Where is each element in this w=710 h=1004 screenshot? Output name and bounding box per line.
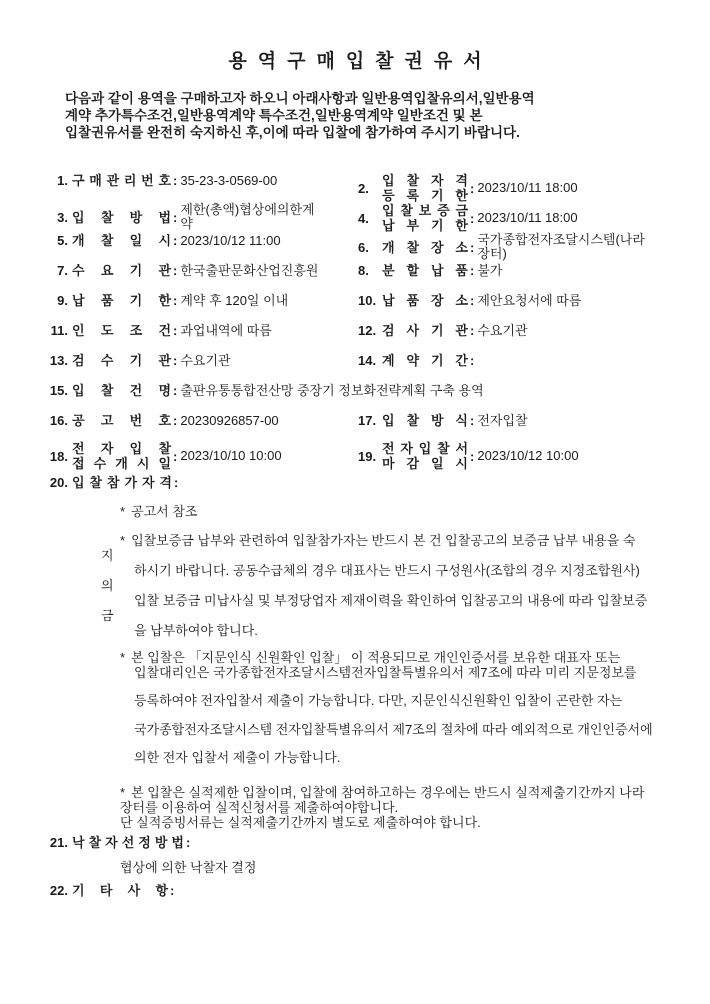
item-value: 국가종합전자조달시스템(나라 장터) [477, 233, 645, 261]
item-delivery-deadline: 9. 납품기한 : 계약 후 120일 이내 [45, 293, 358, 308]
notice-line: 의 [45, 578, 710, 593]
item-label: 개찰일시 [72, 233, 171, 248]
item-notice-number: 16. 공고번호 : 20230926857-00 [45, 413, 358, 428]
item-number: 7. [45, 263, 68, 278]
notice-line: *본 입찰은 「지문인식 신원확인 입찰」 이 적용되므로 개인인증서를 보유한… [45, 650, 710, 665]
item-other-matters: 22. 기타사항 : [45, 883, 710, 898]
item-value: 2023/10/11 18:00 [477, 181, 577, 195]
item-number: 1. [45, 173, 68, 188]
item-label: 검수기관 [72, 353, 171, 368]
item-value: 제한(총액)협상에의한계 약 [180, 203, 314, 231]
colon-separator: : [174, 475, 178, 490]
item-row-18-19: 18. 전자입찰 접수개시일 : 2023/10/10 10:00 19. 전자… [45, 441, 710, 475]
colon-separator: : [470, 211, 474, 226]
notice-2: *입찰보증금 납부와 관련하여 입찰참가자는 반드시 본 건 입찰공고의 보증금… [45, 533, 710, 638]
item-bid-qualification-deadline: 2. 입찰자격 등록기한 : 2023/10/11 18:00 [358, 173, 578, 203]
item-label: 수요기관 [72, 263, 171, 278]
item-number: 2. [358, 181, 380, 196]
asterisk-bullet: * [120, 785, 125, 800]
item-number: 15. [45, 383, 68, 398]
colon-separator: : [173, 210, 177, 225]
item-label: 입찰보증금 납부기한 [382, 203, 468, 233]
item-row-3-4: 3. 입찰방법 : 제한(총액)협상에의한계 약 4. 입찰보증금 납부기한 :… [45, 203, 710, 233]
notice-line: 을 납부하여야 합니다. [45, 623, 710, 638]
colon-separator: : [173, 173, 177, 188]
notice-line: 장터를 이용하여 실적신청서를 제출하여야합니다. [45, 800, 710, 815]
notice-line: 입찰대리인은 국가종합전자조달시스템전자입찰특별유의서 제7조에 따라 미리 지… [45, 665, 710, 680]
colon-separator: : [470, 181, 474, 196]
notice-line: 단 실적증빙서류는 실적제출기간까지 별도로 제출하여야 합니다. [45, 815, 710, 830]
item-number: 9. [45, 293, 68, 308]
item-label: 입찰건명 [72, 383, 171, 398]
item-row-7-8: 7. 수요기관 : 한국출판문화산업진흥원 8. 분할납품 : 불가 [45, 263, 710, 293]
item-number: 12. [358, 323, 380, 338]
item-value: 35-23-3-0569-00 [180, 174, 277, 188]
item-demand-agency: 7. 수요기관 : 한국출판문화산업진흥원 [45, 263, 358, 278]
notice-text: 공고서 참조 [131, 504, 197, 519]
item-value: 수요기관 [477, 324, 527, 338]
colon-separator: : [470, 323, 474, 338]
asterisk-bullet: * [120, 533, 125, 548]
item-bid-type: 17. 입찰방식 : 전자입찰 [358, 413, 528, 428]
item-value: 제안요청서에 따름 [477, 294, 581, 308]
item-label: 입찰방법 [72, 210, 171, 225]
intro-line: 계약 추가특수조건,일반용역계약 특수조건,일반용역계약 일반조건 및 본 [65, 107, 680, 124]
item-bid-eligibility: 20. 입찰참가자격 : [45, 475, 710, 490]
colon-separator: : [170, 883, 174, 898]
item-row-9-10: 9. 납품기한 : 계약 후 120일 이내 10. 납품장소 : 제안요청서에… [45, 293, 710, 323]
item-value: 20230926857-00 [180, 414, 278, 428]
item-bid-method: 3. 입찰방법 : 제한(총액)협상에의한계 약 [45, 203, 358, 231]
item-label: 전자입찰 접수개시일 [72, 441, 171, 471]
intro-paragraph: 다음과 같이 용역을 구매하고자 하오니 아래사항과 일반용역입찰유의서,일반용… [65, 90, 680, 141]
item-label: 기타사항 [72, 883, 168, 898]
colon-separator: : [470, 240, 474, 255]
item-number: 20. [45, 475, 68, 490]
notice-line: 의한 전자 입찰서 제출이 가능합니다. [45, 750, 710, 765]
colon-separator: : [470, 353, 474, 368]
item-value: 한국출판문화산업진흥원 [180, 264, 318, 278]
colon-separator: : [173, 293, 177, 308]
item-label: 개찰장소 [382, 240, 468, 255]
item-number: 17. [358, 413, 380, 428]
document-title: 용역구매입찰권유서 [0, 46, 710, 73]
notice-4: *본 입찰은 실적제한 입찰이며, 입찰에 참여하고하는 경우에는 반드시 실적… [45, 785, 710, 830]
item-purchase-mgmt-no: 1. 구매관리번호 : 35-23-3-0569-00 [45, 173, 358, 188]
item-value: 불가 [477, 264, 502, 278]
item-number: 22. [45, 883, 68, 898]
item-label: 인도조건 [72, 323, 171, 338]
item-award-method: 21. 낙찰자선정방법 : [45, 835, 710, 850]
item-handover-condition: 11. 인도조건 : 과업내역에 따름 [45, 323, 358, 338]
notice-line: *입찰보증금 납부와 관련하여 입찰참가자는 반드시 본 건 입찰공고의 보증금… [45, 533, 710, 548]
item-bid-opening-place: 6. 개찰장소 : 국가종합전자조달시스템(나라 장터) [358, 233, 645, 261]
asterisk-bullet: * [120, 650, 125, 665]
item-row-1-2: 1. 구매관리번호 : 35-23-3-0569-00 2. 입찰자격 등록기한… [45, 173, 710, 203]
item-contract-period: 14. 계약기간 : [358, 353, 477, 368]
item-number: 19. [358, 449, 380, 464]
item-list: 1. 구매관리번호 : 35-23-3-0569-00 2. 입찰자격 등록기한… [0, 173, 710, 898]
item-number: 5. [45, 233, 68, 248]
item-number: 21. [45, 835, 68, 850]
notice-1: *공고서 참조 [45, 504, 710, 519]
intro-line: 입찰권유서를 완전히 숙지하신 후,이에 따라 입찰에 참가하여 주시기 바랍니… [65, 124, 680, 141]
item-number: 11. [45, 323, 68, 338]
item-value: 계약 후 120일 이내 [180, 294, 288, 308]
item-value: 출판유통통합전산망 중장기 정보화전략계획 구축 용역 [180, 384, 483, 398]
notice-line: 국가종합전자조달시스템 전자입찰특별유의서 제7조의 절차에 따라 예외적으로 … [45, 722, 710, 737]
item-number: 4. [358, 211, 380, 226]
item-delivery-place: 10. 납품장소 : 제안요청서에 따름 [358, 293, 581, 308]
item-value: 과업내역에 따름 [180, 324, 272, 338]
item-row-15: 15. 입찰건명 : 출판유통통합전산망 중장기 정보화전략계획 구축 용역 [45, 383, 710, 413]
item-value: 수요기관 [180, 354, 230, 368]
item-partial-delivery: 8. 분할납품 : 불가 [358, 263, 502, 278]
notice-line: 등록하여야 전자입찰서 제출이 가능합니다. 다만, 지문인식신원확인 입찰이 … [45, 693, 710, 708]
colon-separator: : [173, 383, 177, 398]
item-label: 공고번호 [72, 413, 171, 428]
item-label: 입찰자격 등록기한 [382, 173, 468, 203]
notice-text: 입찰보증금 납부와 관련하여 입찰참가자는 반드시 본 건 입찰공고의 보증금 … [131, 533, 635, 548]
item-number: 13. [45, 353, 68, 368]
notice-text: 본 입찰은 실적제한 입찰이며, 입찰에 참여하고하는 경우에는 반드시 실적제… [131, 785, 644, 800]
colon-separator: : [173, 233, 177, 248]
colon-separator: : [173, 323, 177, 338]
item-number: 3. [45, 210, 68, 225]
item-bid-opening-datetime: 5. 개찰일시 : 2023/10/12 11:00 [45, 233, 358, 248]
item-label: 납품기한 [72, 293, 171, 308]
item-label: 분할납품 [382, 263, 468, 278]
item-value: 전자입찰 [477, 414, 527, 428]
item-value: 2023/10/12 11:00 [180, 234, 280, 248]
colon-separator: : [470, 263, 474, 278]
item-acceptance-agency: 13. 검수기관 : 수요기관 [45, 353, 358, 368]
colon-separator: : [173, 449, 177, 464]
item-label: 입찰참가자격 [72, 475, 172, 490]
item-ebid-open-date: 18. 전자입찰 접수개시일 : 2023/10/10 10:00 [45, 441, 358, 471]
item-label: 낙찰자선정방법 [72, 835, 184, 850]
item-value: 2023/10/12 10:00 [477, 449, 578, 463]
notice-text: 본 입찰은 「지문인식 신원확인 입찰」 이 적용되므로 개인인증서를 보유한 … [131, 650, 620, 665]
item-bid-bond-deadline: 4. 입찰보증금 납부기한 : 2023/10/11 18:00 [358, 203, 578, 233]
notice-line: 입찰 보증금 미납사실 및 부정당업자 제재이력을 확인하여 입찰공고의 내용에… [45, 593, 710, 608]
item-row-5-6: 5. 개찰일시 : 2023/10/12 11:00 6. 개찰장소 : 국가종… [45, 233, 710, 263]
item-inspection-agency: 12. 검사기관 : 수요기관 [358, 323, 528, 338]
colon-separator: : [470, 449, 474, 464]
intro-line: 다음과 같이 용역을 구매하고자 하오니 아래사항과 일반용역입찰유의서,일반용… [65, 90, 680, 107]
eligibility-notices: *공고서 참조 *입찰보증금 납부와 관련하여 입찰참가자는 반드시 본 건 입… [45, 504, 710, 830]
colon-separator: : [173, 353, 177, 368]
item-number: 18. [45, 449, 68, 464]
item-label: 납품장소 [382, 293, 468, 308]
item-row-13-14: 13. 검수기관 : 수요기관 14. 계약기간 : [45, 353, 710, 383]
item-ebid-close-datetime: 19. 전자입찰서 마감일시 : 2023/10/12 10:00 [358, 441, 579, 471]
item-row-11-12: 11. 인도조건 : 과업내역에 따름 12. 검사기관 : 수요기관 [45, 323, 710, 353]
item-label: 전자입찰서 마감일시 [382, 441, 468, 471]
item-number: 10. [358, 293, 380, 308]
notice-line: 금 [45, 608, 710, 623]
item-bid-title: 15. 입찰건명 : 출판유통통합전산망 중장기 정보화전략계획 구축 용역 [45, 383, 484, 398]
item-number: 6. [358, 240, 380, 255]
item-number: 8. [358, 263, 380, 278]
notice-3: *본 입찰은 「지문인식 신원확인 입찰」 이 적용되므로 개인인증서를 보유한… [45, 650, 710, 765]
colon-separator: : [470, 413, 474, 428]
item-label: 입찰방식 [382, 413, 468, 428]
item-value: 2023/10/10 10:00 [180, 449, 281, 463]
item-label: 계약기간 [382, 353, 468, 368]
notice-line: *공고서 참조 [45, 504, 710, 519]
notice-line: 지 [45, 548, 710, 563]
item-value: 2023/10/11 18:00 [477, 211, 577, 225]
asterisk-bullet: * [120, 504, 125, 519]
colon-separator: : [173, 263, 177, 278]
colon-separator: : [470, 293, 474, 308]
item-label: 검사기관 [382, 323, 468, 338]
notice-line: 하시기 바랍니다. 공동수급체의 경우 대표사는 반드시 구성원사(조합의 경우… [45, 563, 710, 578]
item-label: 구매관리번호 [72, 173, 171, 188]
colon-separator: : [173, 413, 177, 428]
award-method-value: 협상에 의한 낙찰자 결정 [45, 860, 710, 875]
colon-separator: : [186, 835, 190, 850]
item-number: 16. [45, 413, 68, 428]
item-number: 14. [358, 353, 380, 368]
notice-line: *본 입찰은 실적제한 입찰이며, 입찰에 참여하고하는 경우에는 반드시 실적… [45, 785, 710, 800]
document-page: 용역구매입찰권유서 다음과 같이 용역을 구매하고자 하오니 아래사항과 일반용… [0, 46, 710, 898]
item-row-16-17: 16. 공고번호 : 20230926857-00 17. 입찰방식 : 전자입… [45, 413, 710, 441]
